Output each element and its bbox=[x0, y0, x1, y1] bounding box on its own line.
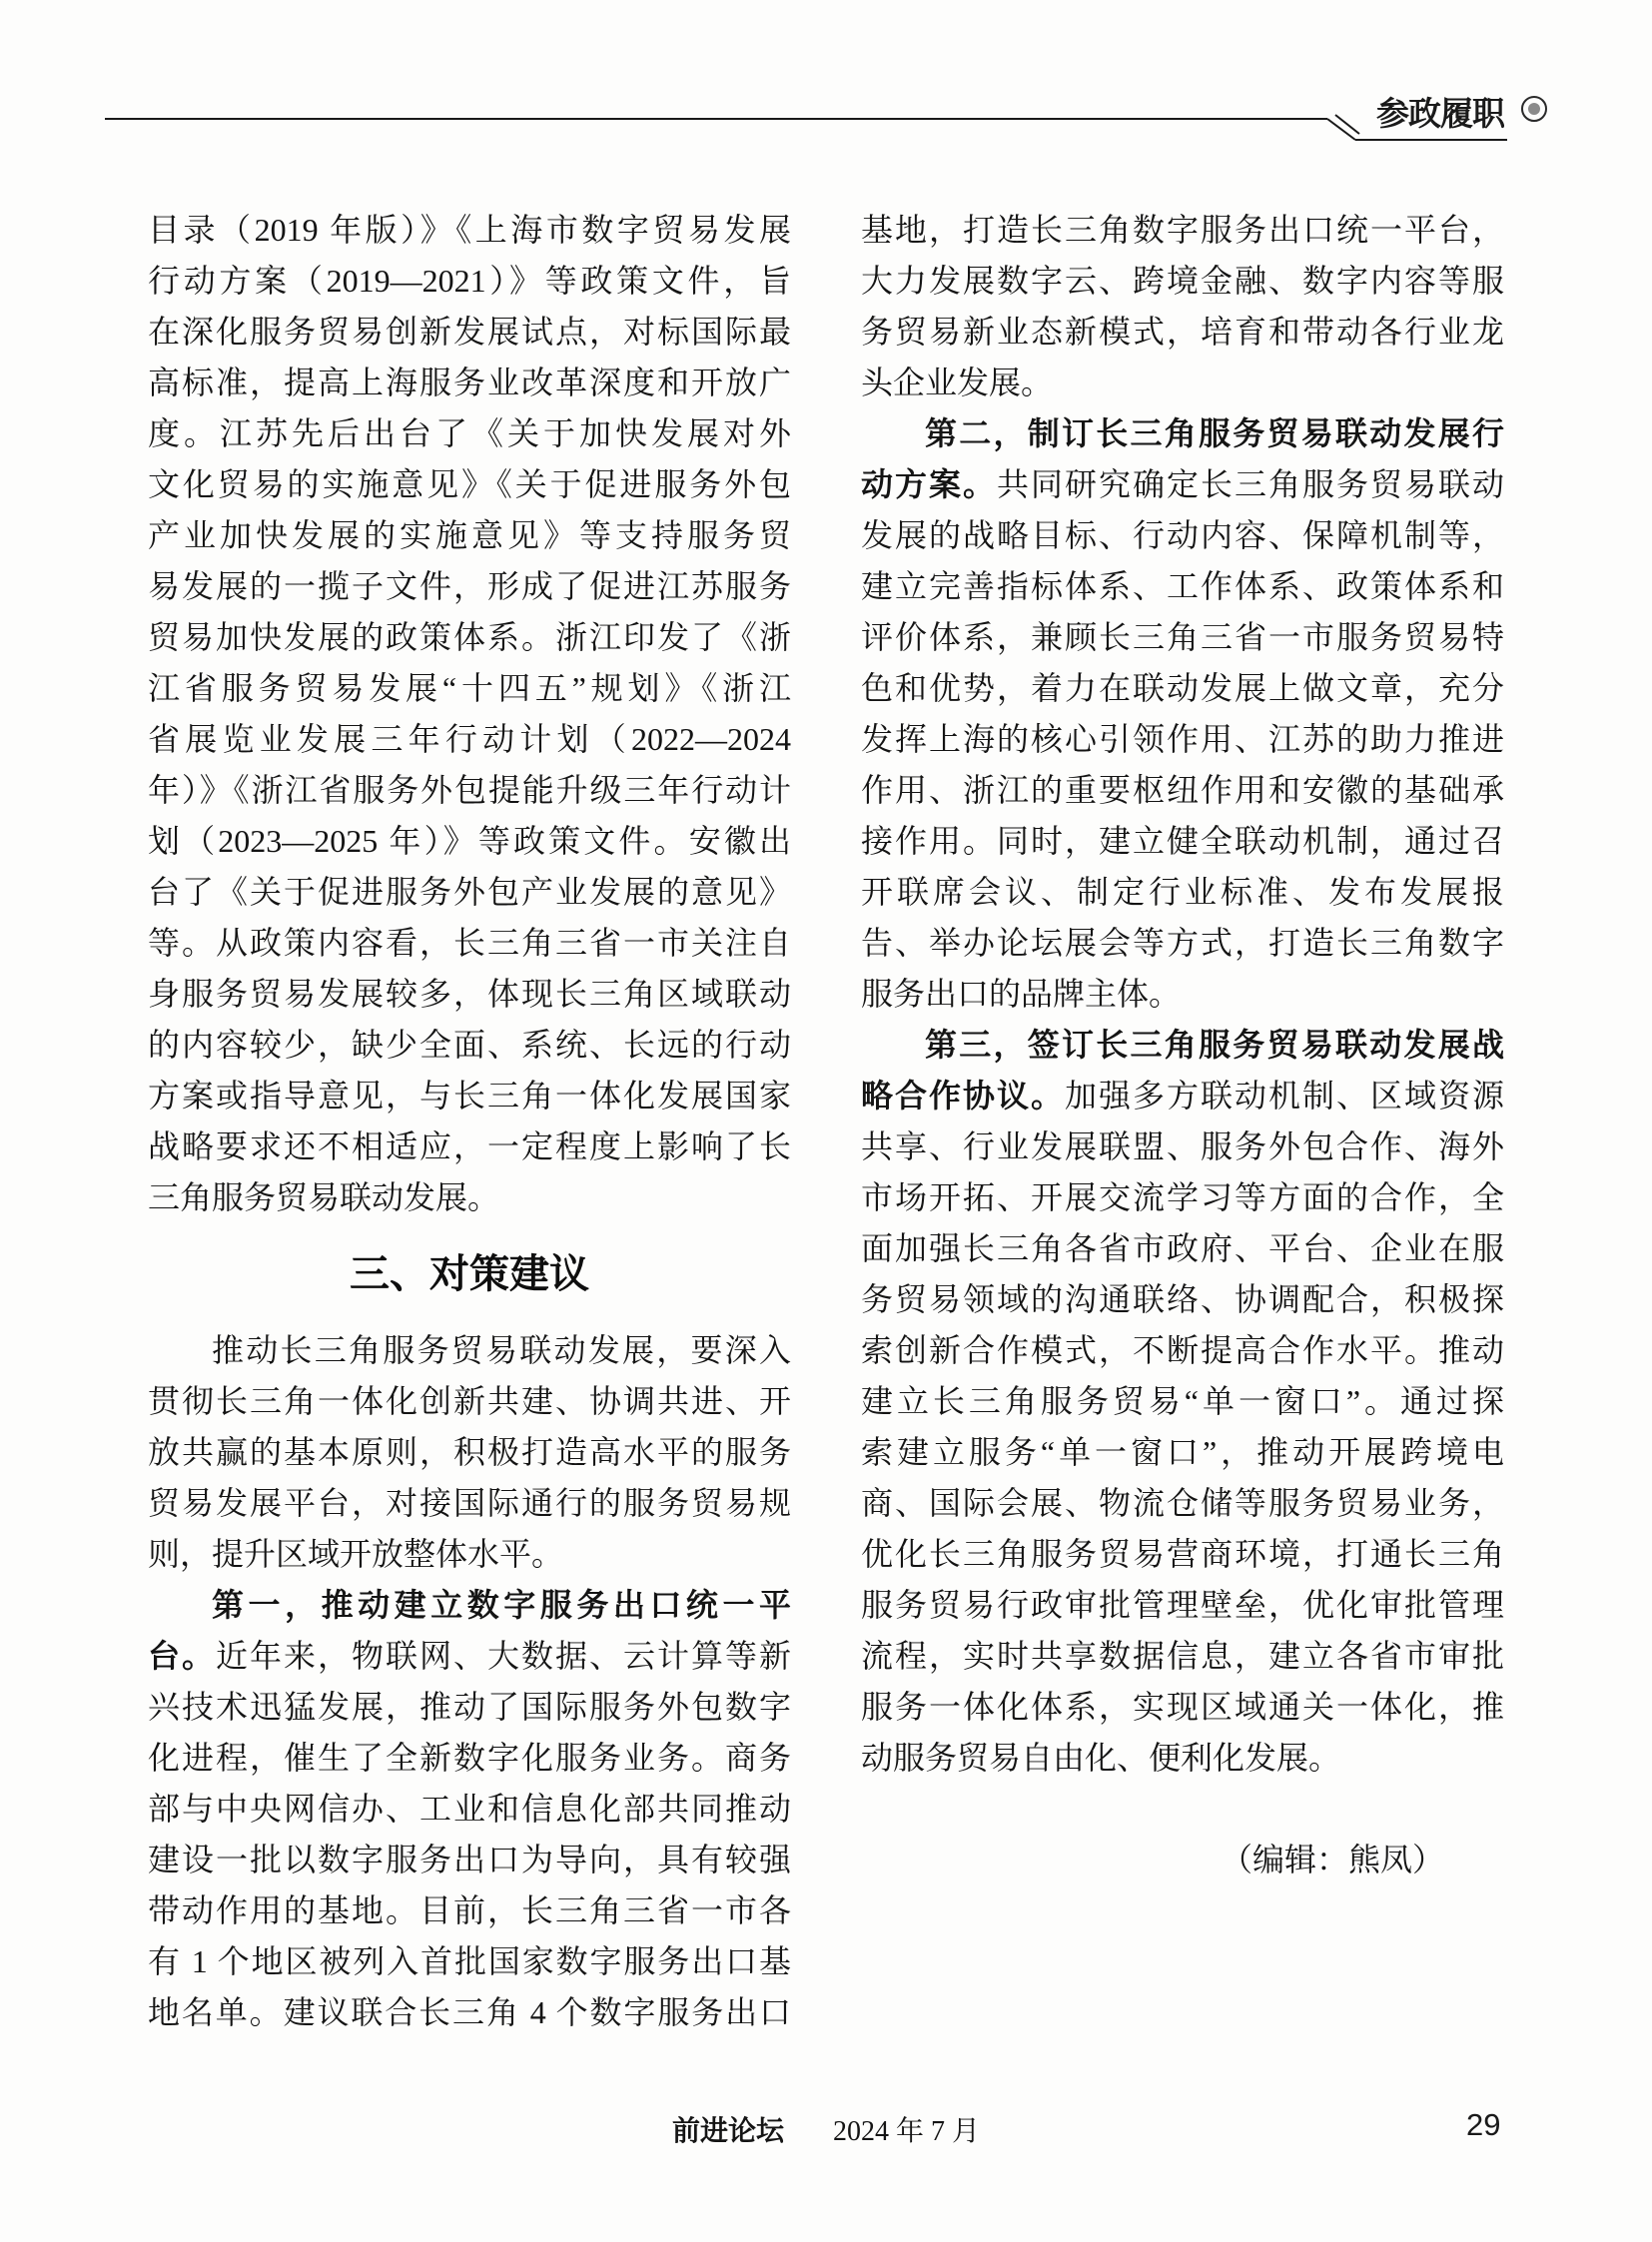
section-heading: 三、对策建议 bbox=[148, 1223, 791, 1325]
article-left-column: 目录（2019 年版）》《上海市数字贸易发展行动方案（2019—2021）》等政… bbox=[148, 205, 791, 2038]
body-text: 建立长三角服务贸易“单一窗口”。通过探 bbox=[861, 1383, 1504, 1419]
footer-issue-date: 2024 年 7 月 bbox=[833, 2116, 980, 2147]
body-text: 加强多方联动机制、区域资源 bbox=[1065, 1078, 1504, 1114]
body-text: 文化贸易的实施意见》《关于促进服务外包 bbox=[148, 466, 791, 502]
body-text: 兴技术迅猛发展，推动了国际服务外包数字 bbox=[148, 1689, 791, 1725]
text-line: 化进程，催生了全新数字化服务业务。商务 bbox=[148, 1733, 791, 1784]
text-line: 发展的战略目标、行动内容、保障机制等， bbox=[861, 510, 1504, 561]
body-text: 务贸易新业态新模式，培育和带动各行业龙 bbox=[861, 314, 1504, 350]
text-line: 方案或指导意见，与长三角一体化发展国家 bbox=[148, 1071, 791, 1121]
text-line: 的内容较少，缺少全面、系统、长远的行动 bbox=[148, 1020, 791, 1071]
text-line: 服务出口的品牌主体。 bbox=[861, 969, 1504, 1020]
text-line: 作用、浙江的重要枢纽作用和安徽的基础承 bbox=[861, 765, 1504, 816]
body-text: 江省服务贸易发展“十四五”规划》《浙江 bbox=[148, 670, 791, 706]
editor-credit: （编辑：熊凤） bbox=[861, 1835, 1504, 1885]
text-line: 行动方案（2019—2021）》等政策文件，旨 bbox=[148, 256, 791, 307]
text-line: 战略要求还不相适应，一定程度上影响了长 bbox=[148, 1121, 791, 1172]
bold-lead-text: 略合作协议。 bbox=[861, 1078, 1065, 1114]
body-text: 市场开拓、开展交流学习等方面的合作，全 bbox=[861, 1179, 1504, 1215]
body-text: 建立完善指标体系、工作体系、政策体系和 bbox=[861, 568, 1504, 604]
text-line: 索建立服务“单一窗口”，推动开展跨境电 bbox=[861, 1427, 1504, 1478]
section-label: 参政履职 bbox=[1376, 88, 1516, 135]
body-text: 作用、浙江的重要枢纽作用和安徽的基础承 bbox=[861, 772, 1504, 808]
body-text: 索建立服务“单一窗口”，推动开展跨境电 bbox=[861, 1434, 1504, 1470]
text-line: 身服务贸易发展较多，体现长三角区域联动 bbox=[148, 969, 791, 1020]
body-text: 产业加快发展的实施意见》等支持服务贸 bbox=[148, 517, 791, 553]
body-text: 年）》《浙江省服务外包提能升级三年行动计 bbox=[148, 772, 791, 808]
body-text: 战略要求还不相适应，一定程度上影响了长 bbox=[148, 1128, 791, 1164]
text-line: 头企业发展。 bbox=[861, 358, 1504, 408]
text-line: 大力发展数字云、跨境金融、数字内容等服 bbox=[861, 256, 1504, 307]
text-line: 告、举办论坛展会等方式，打造长三角数字 bbox=[861, 918, 1504, 969]
text-line: 地名单。建议联合长三角 4 个数字服务出口 bbox=[148, 1987, 791, 2038]
text-line: 开联席会议、制定行业标准、发布发展报 bbox=[861, 867, 1504, 918]
text-line: 兴技术迅猛发展，推动了国际服务外包数字 bbox=[148, 1682, 791, 1733]
body-text: 则，提升区域开放整体水平。 bbox=[148, 1536, 563, 1572]
body-text: 的内容较少，缺少全面、系统、长远的行动 bbox=[148, 1027, 791, 1063]
footer-journal-name: 前进论坛 bbox=[672, 2115, 784, 2146]
text-line: 年）》《浙江省服务外包提能升级三年行动计 bbox=[148, 765, 791, 816]
body-text: 建设一批以数字服务出口为导向，具有较强 bbox=[148, 1842, 791, 1877]
bold-lead-text: 台。 bbox=[148, 1638, 216, 1674]
body-text: 在深化服务贸易创新发展试点，对标国际最 bbox=[148, 314, 791, 350]
page-number: 29 bbox=[1466, 2107, 1526, 2143]
text-line: 易发展的一揽子文件，形成了促进江苏服务 bbox=[148, 561, 791, 612]
body-text: 化进程，催生了全新数字化服务业务。商务 bbox=[148, 1740, 791, 1776]
body-text: 告、举办论坛展会等方式，打造长三角数字 bbox=[861, 925, 1504, 961]
body-text: 台了《关于促进服务外包产业发展的意见》 bbox=[148, 874, 791, 910]
text-line: 江省服务贸易发展“十四五”规划》《浙江 bbox=[148, 663, 791, 714]
text-line: 第一，推动建立数字服务出口统一平 bbox=[148, 1580, 791, 1631]
body-text: 近年来，物联网、大数据、云计算等新 bbox=[216, 1638, 791, 1674]
body-text: 面加强长三角各省市政府、平台、企业在服 bbox=[861, 1230, 1504, 1266]
body-text: 共同研究确定长三角服务贸易联动 bbox=[997, 466, 1504, 502]
text-line: 接作用。同时，建立健全联动机制，通过召 bbox=[861, 816, 1504, 867]
body-text: 发挥上海的核心引领作用、江苏的助力推进 bbox=[861, 721, 1504, 757]
spacer-line bbox=[861, 1784, 1504, 1835]
body-text: 地名单。建议联合长三角 4 个数字服务出口 bbox=[148, 1994, 791, 2030]
body-text: 等。从政策内容看，长三角三省一市关注自 bbox=[148, 925, 791, 961]
body-text: 商、国际会展、物流仓储等服务贸易业务， bbox=[861, 1485, 1504, 1521]
body-text: 头企业发展。 bbox=[861, 365, 1053, 400]
body-text: 开联席会议、制定行业标准、发布发展报 bbox=[861, 874, 1504, 910]
text-line: 贸易发展平台，对接国际通行的服务贸易规 bbox=[148, 1478, 791, 1529]
text-line: 发挥上海的核心引领作用、江苏的助力推进 bbox=[861, 714, 1504, 765]
footer: 前进论坛 2024 年 7 月 bbox=[0, 2109, 1652, 2149]
text-line: 目录（2019 年版）》《上海市数字贸易发展 bbox=[148, 205, 791, 256]
body-text: 色和优势，着力在联动发展上做文章，充分 bbox=[861, 670, 1504, 706]
text-line: 贯彻长三角一体化创新共建、协调共进、开 bbox=[148, 1376, 791, 1427]
text-line: 动服务贸易自由化、便利化发展。 bbox=[861, 1733, 1504, 1784]
text-line: 服务贸易行政审批管理壁垒，优化审批管理 bbox=[861, 1580, 1504, 1631]
text-line: 服务一体化体系，实现区域通关一体化，推 bbox=[861, 1682, 1504, 1733]
body-text: 推动长三角服务贸易联动发展，要深入 bbox=[212, 1332, 791, 1368]
text-line: 第三，签订长三角服务贸易联动发展战 bbox=[861, 1020, 1504, 1071]
text-line: 台了《关于促进服务外包产业发展的意见》 bbox=[148, 867, 791, 918]
text-line: 建立长三角服务贸易“单一窗口”。通过探 bbox=[861, 1376, 1504, 1427]
text-line: 有 1 个地区被列入首批国家数字服务出口基 bbox=[148, 1936, 791, 1987]
body-text: 带动作用的基地。目前，长三角三省一市各 bbox=[148, 1892, 791, 1928]
body-text: 共享、行业发展联盟、服务外包合作、海外 bbox=[861, 1128, 1504, 1164]
text-line: 划（2023—2025 年）》等政策文件。安徽出 bbox=[148, 816, 791, 867]
bullseye-inner-dot bbox=[1528, 103, 1540, 115]
text-line: 色和优势，着力在联动发展上做文章，充分 bbox=[861, 663, 1504, 714]
text-line: 市场开拓、开展交流学习等方面的合作，全 bbox=[861, 1172, 1504, 1223]
text-line: 评价体系，兼顾长三角三省一市服务贸易特 bbox=[861, 612, 1504, 663]
text-line: 商、国际会展、物流仓储等服务贸易业务， bbox=[861, 1478, 1504, 1529]
text-line: 优化长三角服务贸易营商环境，打通长三角 bbox=[861, 1529, 1504, 1580]
text-line: 度。江苏先后出台了《关于加快发展对外 bbox=[148, 408, 791, 459]
body-text: 部与中央网信办、工业和信息化部共同推动 bbox=[148, 1791, 791, 1827]
body-text: 高标准，提高上海服务业改革深度和开放广 bbox=[148, 365, 791, 400]
journal-page: 参政履职 目录（2019 年版）》《上海市数字贸易发展行动方案（2019—202… bbox=[0, 0, 1652, 2242]
body-text: 索创新合作模式，不断提高合作水平。推动 bbox=[861, 1332, 1504, 1368]
text-line: 共享、行业发展联盟、服务外包合作、海外 bbox=[861, 1121, 1504, 1172]
text-line: 等。从政策内容看，长三角三省一市关注自 bbox=[148, 918, 791, 969]
text-line: 建设一批以数字服务出口为导向，具有较强 bbox=[148, 1835, 791, 1885]
body-text: 评价体系，兼顾长三角三省一市服务贸易特 bbox=[861, 619, 1504, 655]
body-text: 贸易发展平台，对接国际通行的服务贸易规 bbox=[148, 1485, 791, 1521]
body-text: 基地，打造长三角数字服务出口统一平台， bbox=[861, 212, 1504, 248]
body-text: 放共赢的基本原则，积极打造高水平的服务 bbox=[148, 1434, 791, 1470]
body-text: 接作用。同时，建立健全联动机制，通过召 bbox=[861, 823, 1504, 859]
text-line: 第二，制订长三角服务贸易联动发展行 bbox=[861, 408, 1504, 459]
bold-lead-text: 动方案。 bbox=[861, 466, 997, 502]
text-line: 动方案。共同研究确定长三角服务贸易联动 bbox=[861, 459, 1504, 510]
bold-lead-text: 第一，推动建立数字服务出口统一平 bbox=[212, 1587, 791, 1623]
article-right-column: 基地，打造长三角数字服务出口统一平台，大力发展数字云、跨境金融、数字内容等服务贸… bbox=[861, 205, 1504, 1885]
text-line: 产业加快发展的实施意见》等支持服务贸 bbox=[148, 510, 791, 561]
text-line: 基地，打造长三角数字服务出口统一平台， bbox=[861, 205, 1504, 256]
text-line: 放共赢的基本原则，积极打造高水平的服务 bbox=[148, 1427, 791, 1478]
body-text: 度。江苏先后出台了《关于加快发展对外 bbox=[148, 415, 791, 451]
body-text: 贯彻长三角一体化创新共建、协调共进、开 bbox=[148, 1383, 791, 1419]
text-line: 部与中央网信办、工业和信息化部共同推动 bbox=[148, 1784, 791, 1835]
text-line: 贸易加快发展的政策体系。浙江印发了《浙 bbox=[148, 612, 791, 663]
text-line: 务贸易领域的沟通联络、协调配合，积极探 bbox=[861, 1274, 1504, 1325]
body-text: 方案或指导意见，与长三角一体化发展国家 bbox=[148, 1078, 791, 1114]
text-line: 带动作用的基地。目前，长三角三省一市各 bbox=[148, 1885, 791, 1936]
text-line: 索创新合作模式，不断提高合作水平。推动 bbox=[861, 1325, 1504, 1376]
text-line: 省展览业发展三年行动计划（2022—2024 bbox=[148, 714, 791, 765]
body-text: 服务出口的品牌主体。 bbox=[861, 976, 1181, 1012]
body-text: 易发展的一揽子文件，形成了促进江苏服务 bbox=[148, 568, 791, 604]
text-line: 三角服务贸易联动发展。 bbox=[148, 1172, 791, 1223]
body-text: 划（2023—2025 年）》等政策文件。安徽出 bbox=[148, 823, 791, 859]
text-line: 在深化服务贸易创新发展试点，对标国际最 bbox=[148, 307, 791, 358]
text-line: 务贸易新业态新模式，培育和带动各行业龙 bbox=[861, 307, 1504, 358]
text-line: 面加强长三角各省市政府、平台、企业在服 bbox=[861, 1223, 1504, 1274]
text-line: 高标准，提高上海服务业改革深度和开放广 bbox=[148, 358, 791, 408]
header-rule bbox=[0, 0, 1652, 170]
text-line: 则，提升区域开放整体水平。 bbox=[148, 1529, 791, 1580]
body-text: 省展览业发展三年行动计划（2022—2024 bbox=[148, 721, 791, 757]
body-text: 务贸易领域的沟通联络、协调配合，积极探 bbox=[861, 1281, 1504, 1317]
body-text: 身服务贸易发展较多，体现长三角区域联动 bbox=[148, 976, 791, 1012]
body-text: 优化长三角服务贸易营商环境，打通长三角 bbox=[861, 1536, 1504, 1572]
text-line: 建立完善指标体系、工作体系、政策体系和 bbox=[861, 561, 1504, 612]
body-text: 有 1 个地区被列入首批国家数字服务出口基 bbox=[148, 1943, 791, 1979]
text-line: 略合作协议。加强多方联动机制、区域资源 bbox=[861, 1071, 1504, 1121]
body-text: 流程，实时共享数据信息，建立各省市审批 bbox=[861, 1638, 1504, 1674]
body-text: 三角服务贸易联动发展。 bbox=[148, 1179, 499, 1215]
body-text: 动服务贸易自由化、便利化发展。 bbox=[861, 1740, 1340, 1776]
body-text: 发展的战略目标、行动内容、保障机制等， bbox=[861, 517, 1504, 553]
text-line: 推动长三角服务贸易联动发展，要深入 bbox=[148, 1325, 791, 1376]
text-line: 流程，实时共享数据信息，建立各省市审批 bbox=[861, 1631, 1504, 1682]
text-line: 台。近年来，物联网、大数据、云计算等新 bbox=[148, 1631, 791, 1682]
body-text: 行动方案（2019—2021）》等政策文件，旨 bbox=[148, 263, 791, 299]
body-text: 贸易加快发展的政策体系。浙江印发了《浙 bbox=[148, 619, 791, 655]
bold-lead-text: 第三，签订长三角服务贸易联动发展战 bbox=[925, 1027, 1504, 1063]
body-text: 目录（2019 年版）》《上海市数字贸易发展 bbox=[148, 212, 791, 248]
body-text: 大力发展数字云、跨境金融、数字内容等服 bbox=[861, 263, 1504, 299]
text-line: 文化贸易的实施意见》《关于促进服务外包 bbox=[148, 459, 791, 510]
body-text: 服务一体化体系，实现区域通关一体化，推 bbox=[861, 1689, 1504, 1725]
bullseye-dot-icon bbox=[1521, 96, 1547, 122]
bold-lead-text: 第二，制订长三角服务贸易联动发展行 bbox=[925, 415, 1504, 451]
body-text: 服务贸易行政审批管理壁垒，优化审批管理 bbox=[861, 1587, 1504, 1623]
